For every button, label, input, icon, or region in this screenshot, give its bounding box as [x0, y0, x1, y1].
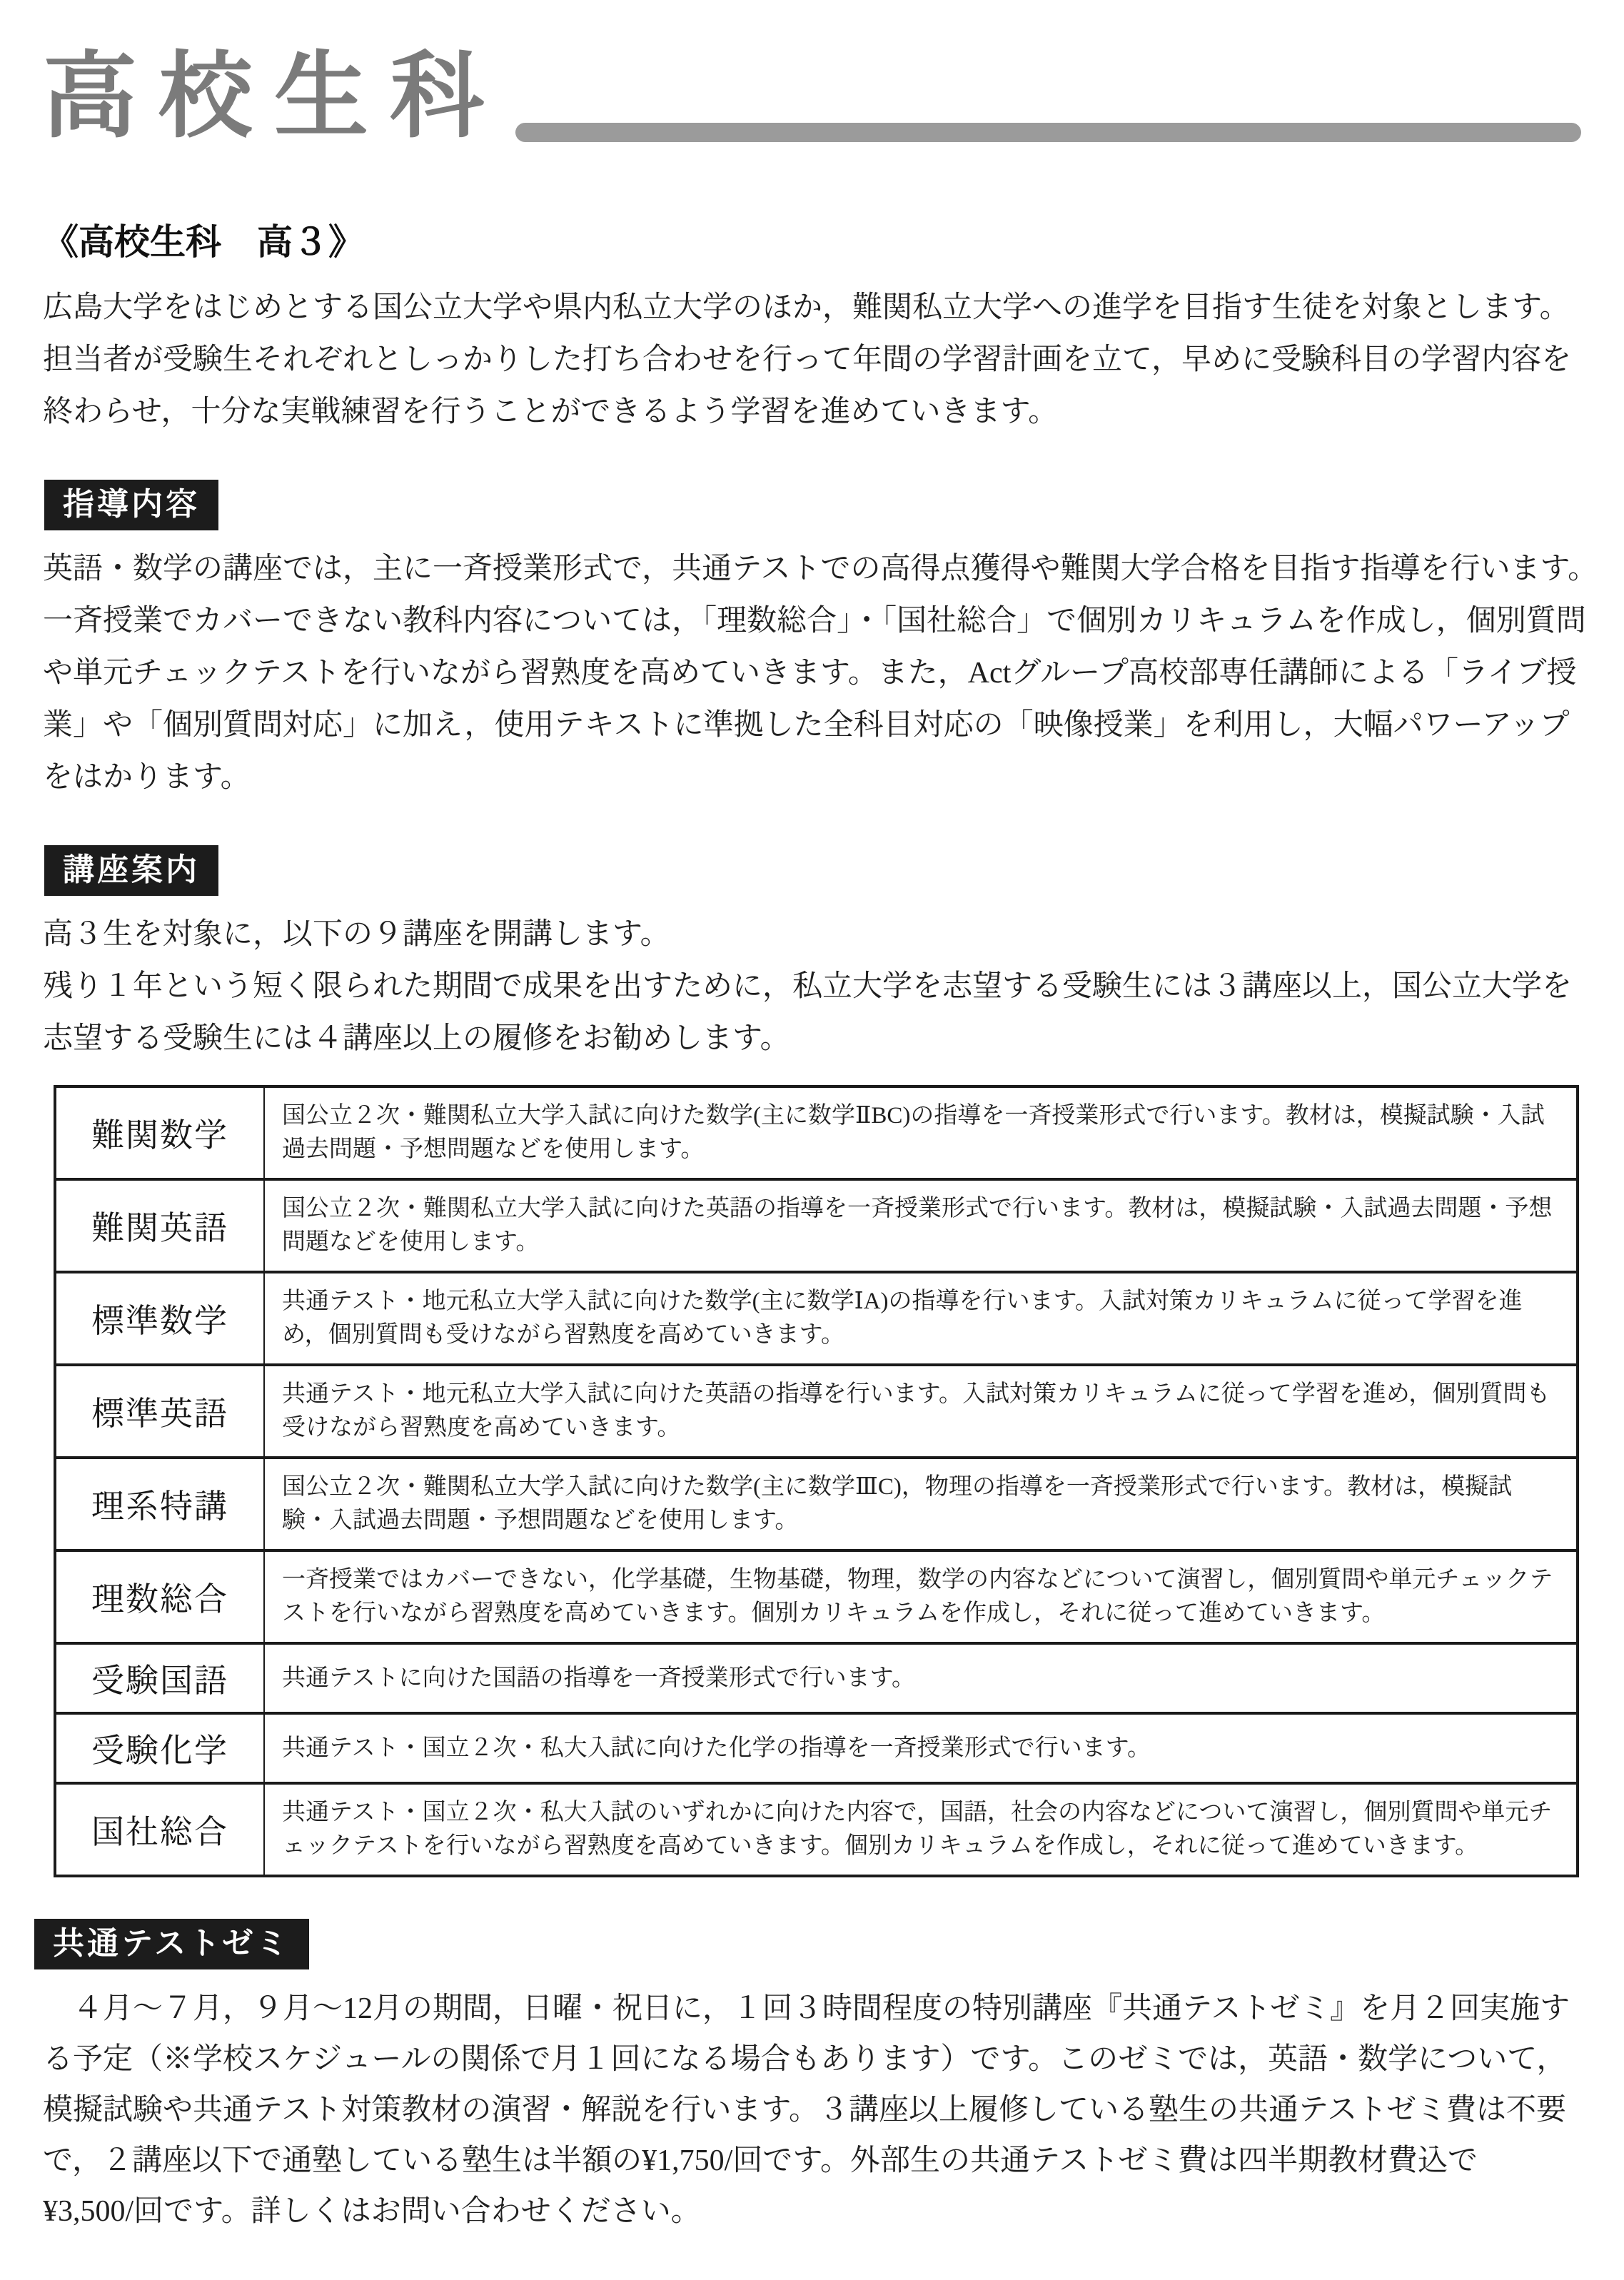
course-name-cell: 受験国語 [55, 1643, 264, 1713]
kyoutsuu-test-zemi-badge: 共通テストゼミ [34, 1919, 309, 1969]
course-name-cell: 難関数学 [55, 1086, 264, 1179]
course-desc-cell: 一斉授業ではカバーできない，化学基礎，生物基礎，物理，数学の内容などについて演習… [264, 1550, 1578, 1643]
table-row: 国社総合 共通テスト・国立２次・私大入試のいずれかに向けた内容で，国語，社会の内… [55, 1783, 1578, 1876]
course-desc-cell: 共通テスト・国立２次・私大入試に向けた化学の指導を一斉授業形式で行います。 [264, 1713, 1578, 1783]
course-name-cell: 受験化学 [55, 1713, 264, 1783]
table-row: 理数総合 一斉授業ではカバーできない，化学基礎，生物基礎，物理，数学の内容などに… [55, 1550, 1578, 1643]
shidou-naiyou-paragraph: 英語・数学の講座では，主に一斉授業形式で，共通テストでの高得点獲得や難関大学合格… [43, 543, 1581, 804]
zemi-line: ¥3,500/回です。詳しくはお問い合わせください。 [43, 2186, 1581, 2237]
zemi-line: で，２講座以下で通塾している塾生は半額の¥1,750/回です。外部生の共通テスト… [43, 2136, 1581, 2186]
kouza-line: 残り１年という短く限られた期間で成果を出すために，私立大学を志望する受験生には３… [43, 961, 1581, 1013]
zemi-line: ４月～７月，９月～12月の期間，日曜・祝日に，１回３時間程度の特別講座『共通テス… [43, 1984, 1581, 2034]
course-name-cell: 標準数学 [55, 1272, 264, 1365]
course-desc-cell: 共通テスト・地元私立大学入試に向けた数学(主に数学ⅠA)の指導を行います。入試対… [264, 1272, 1578, 1365]
shidou-line: 業」や「個別質問対応」に加え，使用テキストに準拠した全科目対応の「映像授業」を利… [43, 700, 1581, 752]
zemi-line: 模擬試験や共通テスト対策教材の演習・解説を行います。３講座以上履修している塾生の… [43, 2085, 1581, 2136]
table-row: 受験国語 共通テストに向けた国語の指導を一斉授業形式で行います。 [55, 1643, 1578, 1713]
kyoutsuu-test-zemi-paragraph: ４月～７月，９月～12月の期間，日曜・祝日に，１回３時間程度の特別講座『共通テス… [43, 1984, 1581, 2237]
shidou-line: 一斉授業でカバーできない教科内容については，「理数総合」・「国社総合」で個別カリ… [43, 595, 1581, 647]
flyer-page: 高校生科 《高校生科 高３》 広島大学をはじめとする国公立大学や県内私立大学のほ… [0, 0, 1624, 2280]
page-header: 高校生科 [43, 44, 1581, 148]
table-row: 受験化学 共通テスト・国立２次・私大入試に向けた化学の指導を一斉授業形式で行いま… [55, 1713, 1578, 1783]
kouza-annai-badge: 講座案内 [44, 845, 218, 896]
shidou-line: をはかります。 [43, 752, 1581, 804]
course-table: 難関数学 国公立２次・難関私立大学入試に向けた数学(主に数学ⅡBC)の指導を一斉… [54, 1085, 1579, 1877]
shidou-line: や単元チェックテストを行いながら習熟度を高めていきます。また，Actグループ高校… [43, 647, 1581, 700]
section-heading-koukou3: 《高校生科 高３》 [43, 213, 1581, 265]
intro-line: 担当者が受験生それぞれとしっかりした打ち合わせを行って年間の学習計画を立て，早め… [43, 334, 1581, 386]
shidou-line: 英語・数学の講座では，主に一斉授業形式で，共通テストでの高得点獲得や難関大学合格… [43, 543, 1581, 595]
intro-line: 広島大学をはじめとする国公立大学や県内私立大学のほか，難関私立大学への進学を目指… [43, 282, 1581, 334]
shidou-naiyou-badge: 指導内容 [44, 480, 218, 530]
page-title: 高校生科 [43, 44, 505, 148]
table-row: 標準数学 共通テスト・地元私立大学入試に向けた数学(主に数学ⅠA)の指導を行いま… [55, 1272, 1578, 1365]
course-desc-cell: 共通テストに向けた国語の指導を一斉授業形式で行います。 [264, 1643, 1578, 1713]
course-name-cell: 標準英語 [55, 1365, 264, 1458]
course-desc-cell: 共通テスト・地元私立大学入試に向けた英語の指導を行います。入試対策カリキュラムに… [264, 1365, 1578, 1458]
title-underline-bar [515, 123, 1581, 142]
course-desc-cell: 国公立２次・難関私立大学入試に向けた英語の指導を一斉授業形式で行います。教材は，… [264, 1179, 1578, 1272]
intro-paragraph: 広島大学をはじめとする国公立大学や県内私立大学のほか，難関私立大学への進学を目指… [43, 282, 1581, 438]
kouza-line: 高３生を対象に，以下の９講座を開講します。 [43, 909, 1581, 961]
course-name-cell: 難関英語 [55, 1179, 264, 1272]
table-row: 難関英語 国公立２次・難関私立大学入試に向けた英語の指導を一斉授業形式で行います… [55, 1179, 1578, 1272]
course-desc-cell: 国公立２次・難関私立大学入試に向けた数学(主に数学ⅡBC)の指導を一斉授業形式で… [264, 1086, 1578, 1179]
course-desc-cell: 国公立２次・難関私立大学入試に向けた数学(主に数学ⅢC)，物理の指導を一斉授業形… [264, 1458, 1578, 1550]
table-row: 標準英語 共通テスト・地元私立大学入試に向けた英語の指導を行います。入試対策カリ… [55, 1365, 1578, 1458]
course-name-cell: 理数総合 [55, 1550, 264, 1643]
kouza-annai-paragraph: 高３生を対象に，以下の９講座を開講します。 残り１年という短く限られた期間で成果… [43, 909, 1581, 1065]
course-desc-cell: 共通テスト・国立２次・私大入試のいずれかに向けた内容で，国語，社会の内容などにつ… [264, 1783, 1578, 1876]
course-name-cell: 国社総合 [55, 1783, 264, 1876]
intro-line: 終わらせ，十分な実戦練習を行うことができるよう学習を進めていきます。 [43, 386, 1581, 438]
zemi-line: る予定（※学校スケジュールの関係で月１回になる場合もあります）です。このゼミでは… [43, 2034, 1581, 2085]
table-row: 理系特講 国公立２次・難関私立大学入試に向けた数学(主に数学ⅢC)，物理の指導を… [55, 1458, 1578, 1550]
table-row: 難関数学 国公立２次・難関私立大学入試に向けた数学(主に数学ⅡBC)の指導を一斉… [55, 1086, 1578, 1179]
course-name-cell: 理系特講 [55, 1458, 264, 1550]
kouza-line: 志望する受験生には４講座以上の履修をお勧めします。 [43, 1013, 1581, 1065]
